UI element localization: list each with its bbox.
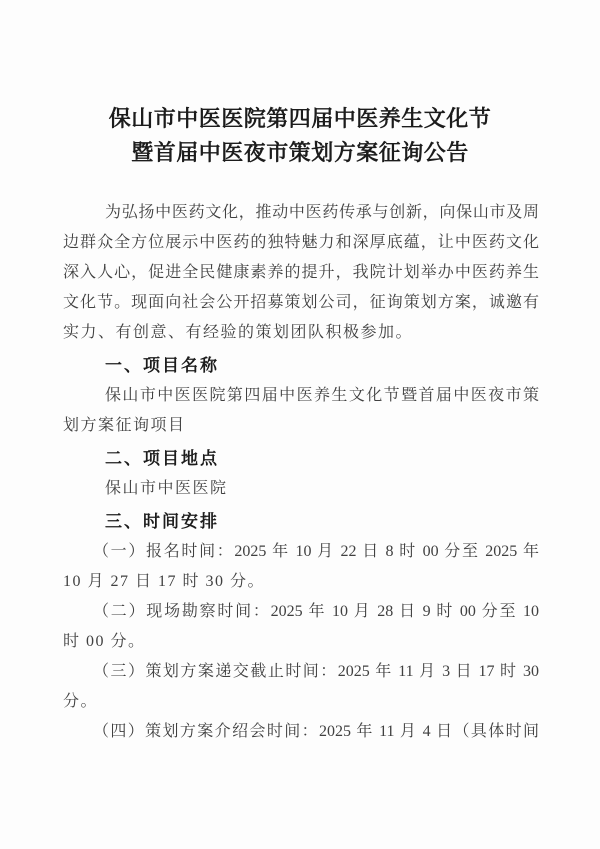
document-page: 保山市中医医院第四届中医养生文化节 暨首届中医夜市策划方案征询公告 为弘扬中医药…	[0, 0, 600, 849]
schedule-item-site-survey-line: （二）现场勘察时间：2025 年 10 月 28 日 9 时 00 分至 10	[63, 597, 539, 627]
project-location-line: 保山市中医医院	[63, 474, 539, 504]
project-name-line: 保山市中医医院第四届中医养生文化节暨首届中医夜市策	[63, 381, 539, 411]
document-title-line-1: 保山市中医医院第四届中医养生文化节	[0, 102, 600, 136]
schedule-item-submission-deadline-line: （三）策划方案递交截止时间：2025 年 11 月 3 日 17 时 30	[63, 657, 539, 687]
schedule-item-signup-line: （一）报名时间：2025 年 10 月 22 日 8 时 00 分至 2025 …	[63, 537, 539, 567]
document-title-line-2: 暨首届中医夜市策划方案征询公告	[0, 136, 600, 170]
section-heading-project-name: 一、项目名称	[63, 351, 539, 381]
project-name-line: 划方案征询项目	[63, 411, 539, 441]
intro-paragraph-line: 实力、有创意、有经验的策划团队积极参加。	[63, 318, 539, 348]
schedule-item-signup-line: 10 月 27 日 17 时 30 分。	[63, 567, 539, 597]
intro-paragraph-line: 文化节。现面向社会公开招募策划公司，征询策划方案，诚邀有	[63, 288, 539, 318]
schedule-item-presentation-line: （四）策划方案介绍会时间：2025 年 11 月 4 日（具体时间	[63, 717, 539, 747]
section-heading-project-location: 二、项目地点	[63, 444, 539, 474]
intro-paragraph-line: 深入人心，促进全民健康素养的提升，我院计划举办中医药养生	[63, 258, 539, 288]
schedule-item-site-survey-line: 时 00 分。	[63, 627, 539, 657]
intro-paragraph-line: 边群众全方位展示中医药的独特魅力和深厚底蕴，让中医药文化	[63, 228, 539, 258]
section-heading-schedule: 三、时间安排	[63, 507, 539, 537]
intro-paragraph-line: 为弘扬中医药文化，推动中医药传承与创新，向保山市及周	[63, 198, 539, 228]
document-body: 为弘扬中医药文化，推动中医药传承与创新，向保山市及周 边群众全方位展示中医药的独…	[63, 198, 539, 747]
document-title: 保山市中医医院第四届中医养生文化节 暨首届中医夜市策划方案征询公告	[0, 0, 600, 170]
schedule-item-submission-deadline-line: 分。	[63, 687, 539, 717]
